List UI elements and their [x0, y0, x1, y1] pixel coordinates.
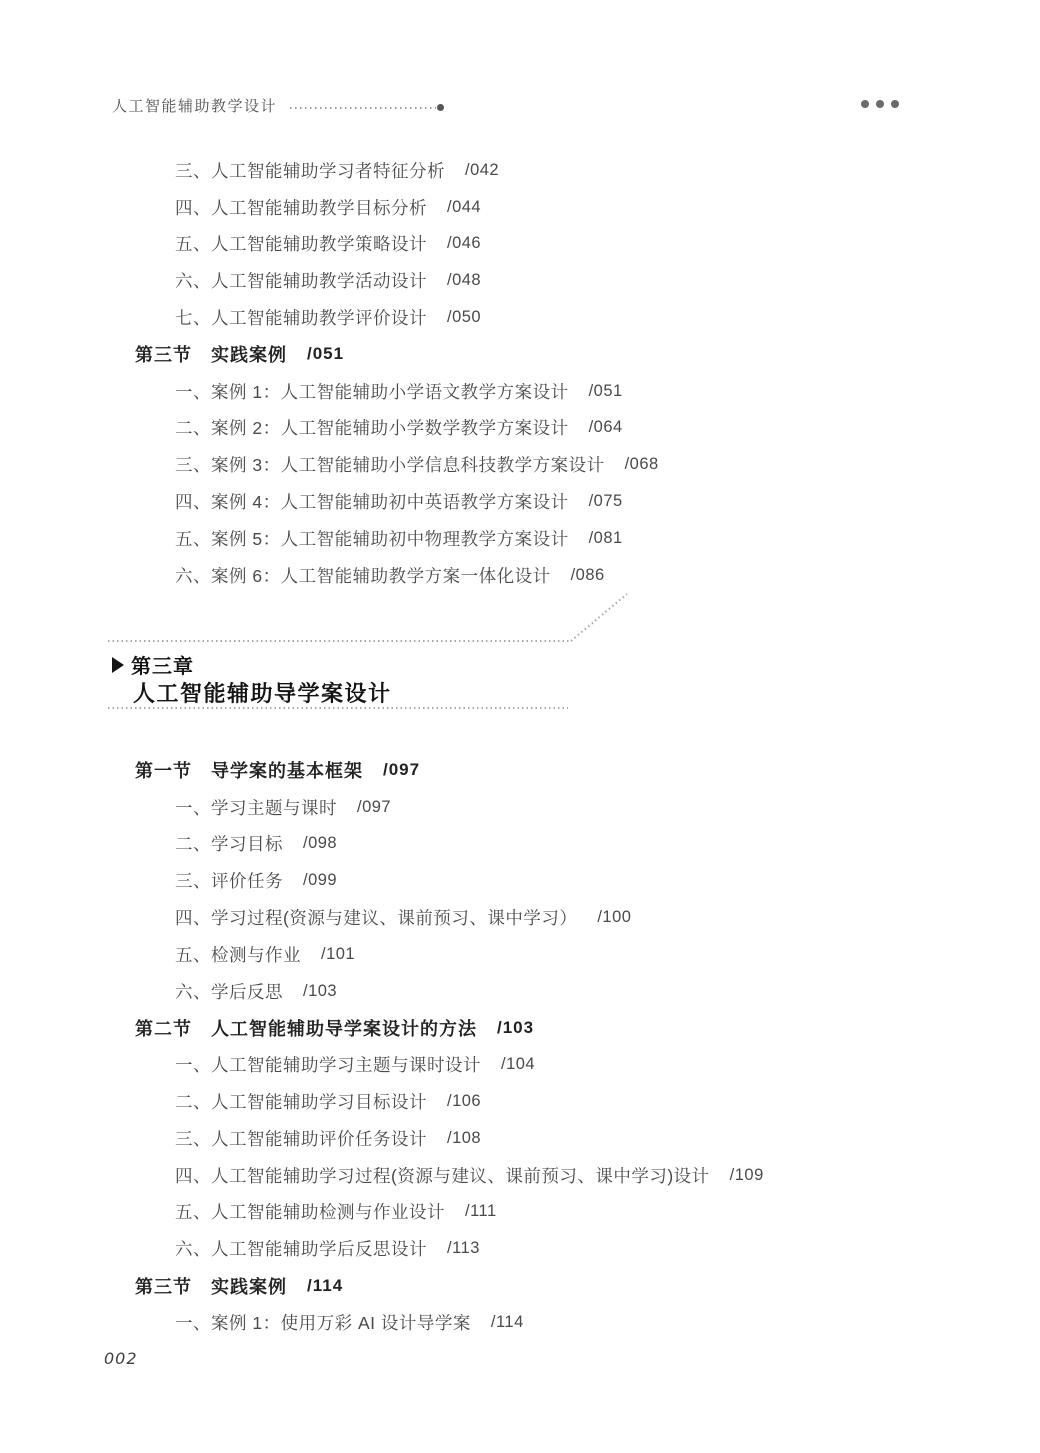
toc-entry-page: /109: [730, 1166, 764, 1185]
book-page: 人工智能辅助教学设计 三、人工智能辅助学习者特征分析/042 四、人工智能辅助教…: [0, 0, 1040, 1453]
toc-section-heading: 第三节 实践案例/114: [0, 1267, 1040, 1304]
toc-entry: 一、案例 1：使用万彩 AI 设计导学案/114: [0, 1304, 1040, 1341]
leader-end-dot-icon: [437, 104, 444, 111]
toc-entry-text: 三、人工智能辅助学习者特征分析: [175, 158, 445, 183]
running-header-title: 人工智能辅助教学设计: [112, 95, 277, 116]
chapter-divider-diagonal-line: [570, 593, 627, 641]
toc-entry-page: /111: [465, 1202, 497, 1221]
toc-entry-text: 一、人工智能辅助学习主题与课时设计: [175, 1052, 481, 1077]
chapter-divider-bottom-line: [108, 707, 568, 709]
toc-entry: 六、学后反思/103: [0, 973, 1040, 1010]
toc-entry-text: 四、人工智能辅助学习过程(资源与建议、课前预习、课中学习)设计: [175, 1163, 710, 1188]
toc-entry-page: /100: [597, 908, 631, 927]
chapter-number: 第三章: [131, 650, 194, 679]
toc-entry-page: /086: [571, 566, 605, 585]
toc-entry-page: /081: [589, 529, 623, 548]
toc-entry: 五、案例 5：人工智能辅助初中物理教学方案设计/081: [0, 520, 1040, 557]
toc-entry: 五、人工智能辅助教学策略设计/046: [0, 226, 1040, 263]
page-number: 002: [104, 1349, 138, 1368]
toc-entry-page: /051: [589, 382, 623, 401]
toc-entry-page: /097: [383, 760, 420, 780]
toc-entry-page: /106: [447, 1092, 481, 1111]
toc-entry-text: 第三节 实践案例: [135, 341, 287, 367]
toc-entry-text: 六、人工智能辅助学后反思设计: [175, 1236, 427, 1261]
toc-entry: 三、案例 3：人工智能辅助小学信息科技教学方案设计/068: [0, 446, 1040, 483]
toc-entry-page: /103: [497, 1018, 534, 1038]
toc-entry-text: 六、学后反思: [175, 979, 283, 1004]
toc-entry: 一、学习主题与课时/097: [0, 789, 1040, 826]
toc-entry-page: /099: [303, 871, 337, 890]
toc-entry-page: /042: [465, 161, 499, 180]
toc-entry-page: /113: [447, 1239, 480, 1258]
toc-entry-text: 六、人工智能辅助教学活动设计: [175, 268, 427, 293]
toc-entry-text: 六、案例 6：人工智能辅助教学方案一体化设计: [175, 563, 551, 588]
toc-entry: 六、人工智能辅助教学活动设计/048: [0, 262, 1040, 299]
toc-entry-text: 三、评价任务: [175, 868, 283, 893]
toc-entry-page: /097: [357, 798, 391, 817]
toc-entry-page: /075: [589, 492, 623, 511]
toc-entry: 二、案例 2：人工智能辅助小学数学教学方案设计/064: [0, 410, 1040, 447]
toc-section-heading: 第二节 人工智能辅助导学案设计的方法/103: [0, 1010, 1040, 1047]
toc-entry-text: 四、学习过程(资源与建议、课前预习、课中学习）: [175, 905, 577, 930]
toc-entry-text: 二、学习目标: [175, 831, 283, 856]
toc-entry-page: /101: [321, 945, 355, 964]
toc-entry-text: 第一节 导学案的基本框架: [135, 757, 363, 783]
toc-entry-page: /048: [447, 271, 481, 290]
toc-block-1: 三、人工智能辅助学习者特征分析/042 四、人工智能辅助教学目标分析/044 五…: [0, 152, 1040, 594]
toc-entry-text: 五、案例 5：人工智能辅助初中物理教学方案设计: [175, 526, 569, 551]
toc-entry: 四、学习过程(资源与建议、课前预习、课中学习）/100: [0, 899, 1040, 936]
toc-entry: 四、人工智能辅助学习过程(资源与建议、课前预习、课中学习)设计/109: [0, 1157, 1040, 1194]
toc-entry-text: 一、学习主题与课时: [175, 795, 337, 820]
toc-entry-page: /098: [303, 834, 337, 853]
toc-entry: 四、人工智能辅助教学目标分析/044: [0, 189, 1040, 226]
toc-entry-text: 三、案例 3：人工智能辅助小学信息科技教学方案设计: [175, 452, 605, 477]
toc-entry: 五、人工智能辅助检测与作业设计/111: [0, 1194, 1040, 1231]
toc-entry-text: 五、人工智能辅助检测与作业设计: [175, 1199, 445, 1224]
toc-entry-page: /068: [625, 455, 659, 474]
toc-entry-text: 二、案例 2：人工智能辅助小学数学教学方案设计: [175, 415, 569, 440]
toc-entry-text: 七、人工智能辅助教学评价设计: [175, 305, 427, 330]
toc-entry-page: /114: [307, 1276, 343, 1296]
toc-entry: 六、案例 6：人工智能辅助教学方案一体化设计/086: [0, 557, 1040, 594]
toc-entry: 二、学习目标/098: [0, 826, 1040, 863]
toc-entry-page: /114: [491, 1313, 524, 1332]
toc-entry-page: /104: [501, 1055, 535, 1074]
header-leader-dotted-line: [290, 107, 436, 109]
toc-block-2: 第一节 导学案的基本框架/097 一、学习主题与课时/097 二、学习目标/09…: [0, 752, 1040, 1341]
toc-entry: 三、人工智能辅助学习者特征分析/042: [0, 152, 1040, 189]
toc-entry-page: /103: [303, 982, 337, 1001]
toc-entry-text: 四、案例 4：人工智能辅助初中英语教学方案设计: [175, 489, 569, 514]
toc-entry-text: 一、案例 1：使用万彩 AI 设计导学案: [175, 1310, 471, 1335]
toc-entry-page: /044: [447, 198, 481, 217]
toc-section-heading: 第三节 实践案例/051: [0, 336, 1040, 373]
toc-entry-text: 四、人工智能辅助教学目标分析: [175, 195, 427, 220]
toc-entry-text: 五、检测与作业: [175, 942, 301, 967]
toc-entry: 三、评价任务/099: [0, 862, 1040, 899]
ellipsis-dots-icon: [861, 100, 899, 108]
toc-entry: 二、人工智能辅助学习目标设计/106: [0, 1083, 1040, 1120]
toc-entry: 五、检测与作业/101: [0, 936, 1040, 973]
toc-entry: 四、案例 4：人工智能辅助初中英语教学方案设计/075: [0, 483, 1040, 520]
toc-entry-page: /050: [447, 308, 481, 327]
toc-entry: 三、人工智能辅助评价任务设计/108: [0, 1120, 1040, 1157]
chapter-divider-top-line: [108, 640, 572, 642]
toc-entry-page: /064: [589, 418, 623, 437]
toc-entry-page: /108: [447, 1129, 481, 1148]
toc-entry-text: 第三节 实践案例: [135, 1273, 287, 1299]
chapter-title: 人工智能辅助导学案设计: [133, 677, 392, 708]
toc-entry: 六、人工智能辅助学后反思设计/113: [0, 1230, 1040, 1267]
toc-entry: 七、人工智能辅助教学评价设计/050: [0, 299, 1040, 336]
toc-entry-text: 一、案例 1：人工智能辅助小学语文教学方案设计: [175, 379, 569, 404]
toc-entry-text: 五、人工智能辅助教学策略设计: [175, 231, 427, 256]
toc-entry-page: /046: [447, 234, 481, 253]
toc-entry-text: 二、人工智能辅助学习目标设计: [175, 1089, 427, 1114]
toc-entry-text: 第二节 人工智能辅助导学案设计的方法: [135, 1015, 477, 1041]
toc-entry: 一、案例 1：人工智能辅助小学语文教学方案设计/051: [0, 373, 1040, 410]
toc-entry: 一、人工智能辅助学习主题与课时设计/104: [0, 1046, 1040, 1083]
chapter-arrow-icon: [112, 657, 124, 673]
toc-entry-text: 三、人工智能辅助评价任务设计: [175, 1126, 427, 1151]
toc-entry-page: /051: [307, 344, 344, 364]
chapter-number-row: 第三章: [112, 650, 194, 679]
toc-section-heading: 第一节 导学案的基本框架/097: [0, 752, 1040, 789]
